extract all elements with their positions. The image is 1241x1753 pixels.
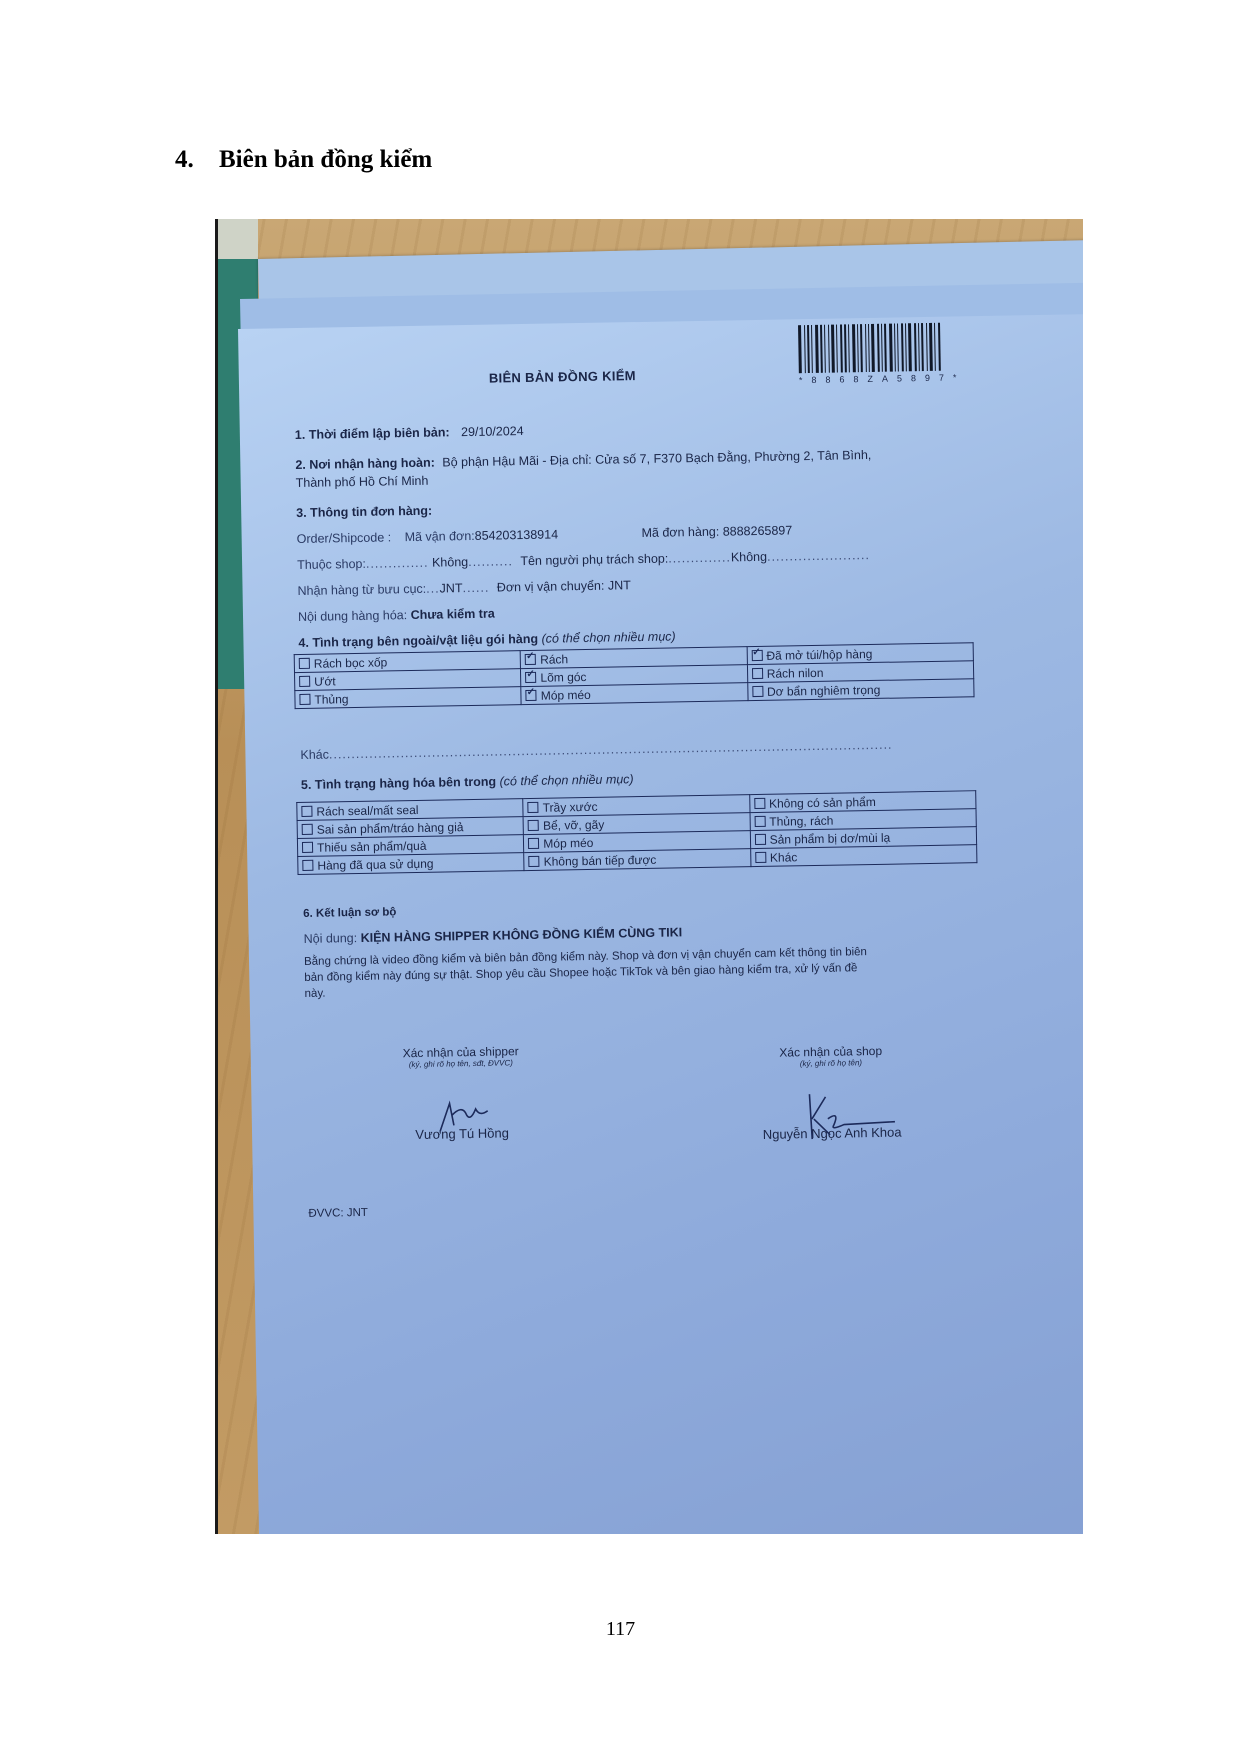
shop-value: Không — [432, 555, 468, 570]
checkbox-label: Thủng — [314, 692, 348, 707]
barcode-bar — [828, 325, 830, 373]
barcode-bar — [894, 324, 896, 372]
post-office-label: Nhận hàng từ bưu cục: — [297, 582, 426, 598]
checkbox-label: Bể, vỡ, gãy — [543, 817, 604, 832]
checkbox-label: Sai sản phẩm/tráo hàng giả — [317, 820, 464, 837]
conclusion-paragraph-line3: này. — [305, 988, 326, 1000]
checkbox-label: Hàng đã qua sử dụng — [317, 856, 433, 872]
barcode-bar — [804, 325, 806, 373]
barcode-text: *8868ZA5897* — [799, 372, 969, 385]
barcode-bar — [865, 324, 867, 372]
item3-label: 3. Thông tin đơn hàng: — [296, 504, 432, 520]
unchecked-checkbox-icon — [299, 657, 310, 668]
checkbox-label: Móp méo — [543, 835, 593, 850]
checkbox-label: Rách seal/mất seal — [316, 802, 418, 818]
shop-row: Thuộc shop:.............. Không.........… — [297, 548, 870, 572]
unchecked-checkbox-icon — [302, 841, 313, 852]
barcode-bar — [897, 323, 899, 371]
checkbox-label: Trầy xước — [543, 799, 598, 814]
checked-checkbox-icon — [525, 671, 536, 682]
item5-note: (có thể chọn nhiều mục) — [499, 772, 633, 788]
item2-value: Bộ phận Hậu Mãi - Địa chỉ: Cửa số 7, F37… — [442, 448, 871, 469]
unchecked-checkbox-icon — [299, 693, 310, 704]
barcode-bar — [815, 325, 819, 373]
page-number: 117 — [0, 1618, 1241, 1641]
item5-label: 5. Tình trạng hàng hóa bên trong — [301, 775, 496, 792]
barcode-bar — [881, 324, 883, 372]
conclusion-label: Nội dung: — [304, 931, 358, 946]
order-code-value: 8888265897 — [723, 523, 793, 538]
section-title: Biên bản đồng kiểm — [219, 146, 432, 173]
checkbox-label: Móp méo — [541, 687, 591, 702]
item4-note: (có thể chọn nhiều mục) — [541, 629, 675, 645]
checkbox-label: Rách bọc xốp — [314, 655, 388, 670]
carrier-footer: ĐVVC: JNT — [308, 1207, 368, 1220]
unchecked-checkbox-icon — [752, 685, 763, 696]
checkbox-label: Không bán tiếp được — [544, 852, 657, 868]
checkbox-label: Sản phẩm bị dơ/mùi lạ — [770, 830, 891, 846]
barcode-bar — [934, 323, 936, 371]
outer-condition-table: Rách bọc xốpRáchĐã mở túi/hộp hàngƯớtLõm… — [294, 642, 975, 709]
barcode — [798, 322, 969, 373]
form-item-2: 2. Nơi nhận hàng hoàn: Bộ phận Hậu Mãi -… — [295, 448, 871, 472]
unchecked-checkbox-icon — [302, 823, 313, 834]
barcode-bar — [921, 323, 924, 371]
barcode-bar — [836, 325, 838, 373]
section-number: 4. — [175, 146, 219, 174]
conclusion-row: Nội dung: KIỆN HÀNG SHIPPER KHÔNG ĐỒNG K… — [304, 925, 683, 946]
order-codes-row: Order/Shipcode : Mã vận đơn:854203138914… — [297, 523, 793, 546]
item2-label: 2. Nơi nhận hàng hoàn: — [295, 456, 435, 472]
checkbox-cell: Thủng — [295, 687, 522, 709]
unchecked-checkbox-icon — [754, 815, 765, 826]
barcode-bar — [905, 323, 907, 371]
item4-other-label: Khác — [300, 747, 329, 761]
item4-heading: 4. Tình trạng bên ngoài/vật liệu gói hàn… — [298, 629, 675, 650]
barcode-bar — [860, 324, 863, 372]
checkbox-cell: Dơ bẩn nghiêm trọng — [747, 679, 974, 701]
shop-signature — [799, 1088, 900, 1145]
barcode-bar — [914, 323, 917, 371]
carrier-label: Đơn vị vận chuyển: — [497, 579, 605, 595]
unchecked-checkbox-icon — [755, 833, 766, 844]
inspection-form-paper: *8868ZA5897* BIÊN BẢN ĐỒNG KIỂM 1. Thời … — [238, 314, 1083, 1534]
item1-label: 1. Thời điểm lập biên bản: — [295, 425, 450, 442]
item4-label: 4. Tình trạng bên ngoài/vật liệu gói hàn… — [298, 632, 538, 650]
checkbox-label: Rách — [540, 652, 568, 666]
item5-heading: 5. Tình trạng hàng hóa bên trong (có thể… — [301, 772, 634, 792]
item6-label: 6. Kết luận sơ bộ — [303, 906, 396, 920]
section-heading: 4.Biên bản đồng kiểm — [175, 146, 432, 174]
shipper-signature — [431, 1095, 492, 1136]
checked-checkbox-icon — [526, 689, 537, 700]
barcode-bar — [884, 324, 887, 372]
unchecked-checkbox-icon — [299, 675, 310, 686]
barcode-bar — [807, 325, 810, 373]
barcode-bar — [938, 323, 941, 371]
barcode-bar — [848, 324, 850, 372]
barcode-bar — [852, 324, 856, 372]
waybill-value: 854203138914 — [475, 527, 559, 542]
barcode-bar — [918, 323, 920, 371]
checkbox-label: Khác — [770, 850, 798, 864]
goods-content-value: Chưa kiểm tra — [411, 607, 495, 622]
order-shipcode-label: Order/Shipcode : — [297, 530, 392, 546]
inspection-form-photo: *8868ZA5897* BIÊN BẢN ĐỒNG KIỂM 1. Thời … — [215, 219, 1083, 1534]
barcode-bar — [820, 325, 823, 373]
checkbox-cell: Móp méo — [521, 683, 748, 705]
carrier-row: Nhận hàng từ bưu cục:...JNT...... Đơn vị… — [297, 578, 630, 598]
barcode-bar — [811, 325, 813, 373]
shop-manager-value: Không — [731, 550, 767, 565]
unchecked-checkbox-icon — [302, 859, 313, 870]
barcode-bar — [844, 324, 847, 372]
checkbox-label: Rách nilon — [767, 665, 824, 680]
unchecked-checkbox-icon — [528, 837, 539, 848]
barcode-bar — [871, 324, 875, 372]
unchecked-checkbox-icon — [755, 851, 766, 862]
barcode-bar — [824, 325, 826, 373]
checkbox-label: Thủng, rách — [769, 813, 833, 828]
checkbox-label: Không có sản phẩm — [769, 794, 876, 810]
inner-condition-table: Rách seal/mất sealTrầy xướcKhông có sản … — [296, 790, 977, 875]
barcode-bar — [857, 324, 859, 372]
conclusion-value: KIỆN HÀNG SHIPPER KHÔNG ĐỒNG KIỂM CÙNG T… — [361, 925, 683, 945]
goods-content-label: Nội dung hàng hóa: — [298, 608, 407, 624]
unchecked-checkbox-icon — [301, 805, 312, 816]
item4-other-row: Khác....................................… — [300, 738, 892, 762]
goods-content-row: Nội dung hàng hóa: Chưa kiểm tra — [298, 607, 495, 624]
checkbox-label: Dơ bẩn nghiêm trọng — [767, 682, 881, 698]
order-code-label: Mã đơn hàng: — [641, 525, 719, 540]
checkbox-label: Lõm góc — [540, 669, 586, 684]
shop-label: Thuộc shop: — [297, 557, 366, 572]
unchecked-checkbox-icon — [528, 819, 539, 830]
green-board-edge — [218, 219, 258, 259]
barcode-bar — [831, 325, 835, 373]
checkbox-cell: Không bán tiếp được — [524, 849, 751, 871]
barcode-bar — [901, 323, 904, 371]
form-title: BIÊN BẢN ĐỒNG KIỂM — [489, 368, 636, 386]
barcode-bar — [798, 325, 802, 373]
unchecked-checkbox-icon — [528, 801, 539, 812]
waybill-label: Mã vận đơn: — [405, 529, 475, 544]
checkbox-label: Ướt — [314, 674, 336, 688]
checkbox-cell: Hàng đã qua sử dụng — [298, 853, 525, 875]
barcode-bar — [868, 324, 870, 372]
barcode-bar — [926, 323, 928, 371]
checkbox-cell: Khác — [750, 845, 977, 867]
checkbox-label: Thiếu sản phẩm/quà — [317, 838, 427, 854]
unchecked-checkbox-icon — [529, 855, 540, 866]
item2-value-cont: Thành phố Hồ Chí Minh — [296, 474, 429, 490]
checked-checkbox-icon — [525, 653, 536, 664]
unchecked-checkbox-icon — [752, 667, 763, 678]
shop-manager-label: Tên người phụ trách shop: — [520, 552, 668, 569]
barcode-bar — [908, 323, 912, 371]
item1-value: 29/10/2024 — [461, 424, 524, 439]
barcode-bar — [877, 324, 880, 372]
carrier-value: JNT — [608, 578, 631, 592]
form-item-1: 1. Thời điểm lập biên bản: 29/10/2024 — [295, 424, 524, 442]
barcode-bar — [840, 324, 843, 372]
post-office-value: JNT — [439, 581, 462, 595]
barcode-bar — [889, 324, 893, 372]
barcode-bar — [929, 323, 933, 371]
unchecked-checkbox-icon — [754, 797, 765, 808]
checkbox-label: Đã mở túi/hộp hàng — [766, 646, 872, 662]
checked-checkbox-icon — [751, 649, 762, 660]
